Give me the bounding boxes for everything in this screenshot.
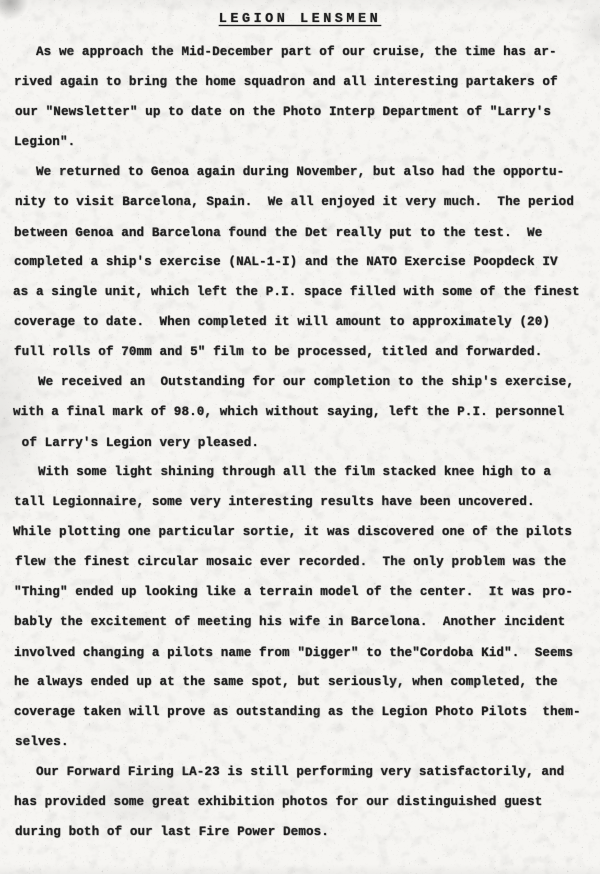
text-line: full rolls of 70mm and 5" film to be pro… bbox=[14, 337, 600, 367]
text-line: While plotting one particular sortie, it… bbox=[13, 517, 599, 547]
text-line: Legion". bbox=[14, 127, 600, 157]
text-line: tall Legionnaire, some very interesting … bbox=[14, 487, 600, 517]
text-line: between Genoa and Barcelona found the De… bbox=[14, 218, 600, 248]
text-line: with a final mark of 98.0, which without… bbox=[13, 397, 599, 427]
text-line: With some light shining through all the … bbox=[15, 457, 600, 487]
text-line: he always ended up at the same spot, but… bbox=[14, 667, 600, 697]
text-line: during both of our last Fire Power Demos… bbox=[15, 817, 600, 847]
text-line: as a single unit, which left the P.I. sp… bbox=[13, 277, 599, 307]
text-line: selves. bbox=[15, 727, 600, 757]
text-line: completed a ship's exercise (NAL-1-I) an… bbox=[14, 247, 600, 277]
text-line: bably the excitement of meeting his wife… bbox=[14, 607, 600, 637]
page-title: LEGION LENSMEN bbox=[0, 0, 600, 37]
text-line: of Larry's Legion very pleased. bbox=[14, 428, 600, 458]
text-line: As we approach the Mid-December part of … bbox=[13, 37, 599, 67]
text-line: We returned to Genoa again during Novemb… bbox=[13, 157, 599, 187]
document-content: LEGION LENSMEN As we approach the Mid-De… bbox=[0, 0, 600, 847]
text-line: flew the finest circular mosaic ever rec… bbox=[15, 547, 600, 577]
document-body: As we approach the Mid-December part of … bbox=[0, 37, 600, 847]
text-line: nity to visit Barcelona, Spain. We all e… bbox=[15, 187, 600, 217]
text-line: We received an Outstanding for our compl… bbox=[15, 367, 600, 397]
text-line: "Thing" ended up looking like a terrain … bbox=[14, 577, 600, 607]
text-line: rived again to bring the home squadron a… bbox=[14, 67, 600, 97]
text-line: involved changing a pilots name from "Di… bbox=[14, 638, 600, 668]
text-line: our "Newsletter" up to date on the Photo… bbox=[15, 97, 600, 127]
document-page: LEGION LENSMEN As we approach the Mid-De… bbox=[0, 0, 600, 874]
text-line: Our Forward Firing LA-23 is still perfor… bbox=[13, 757, 599, 787]
text-line: has provided some great exhibition photo… bbox=[14, 787, 600, 817]
text-line: coverage to date. When completed it will… bbox=[14, 307, 600, 337]
text-line: coverage taken will prove as outstanding… bbox=[14, 697, 600, 727]
